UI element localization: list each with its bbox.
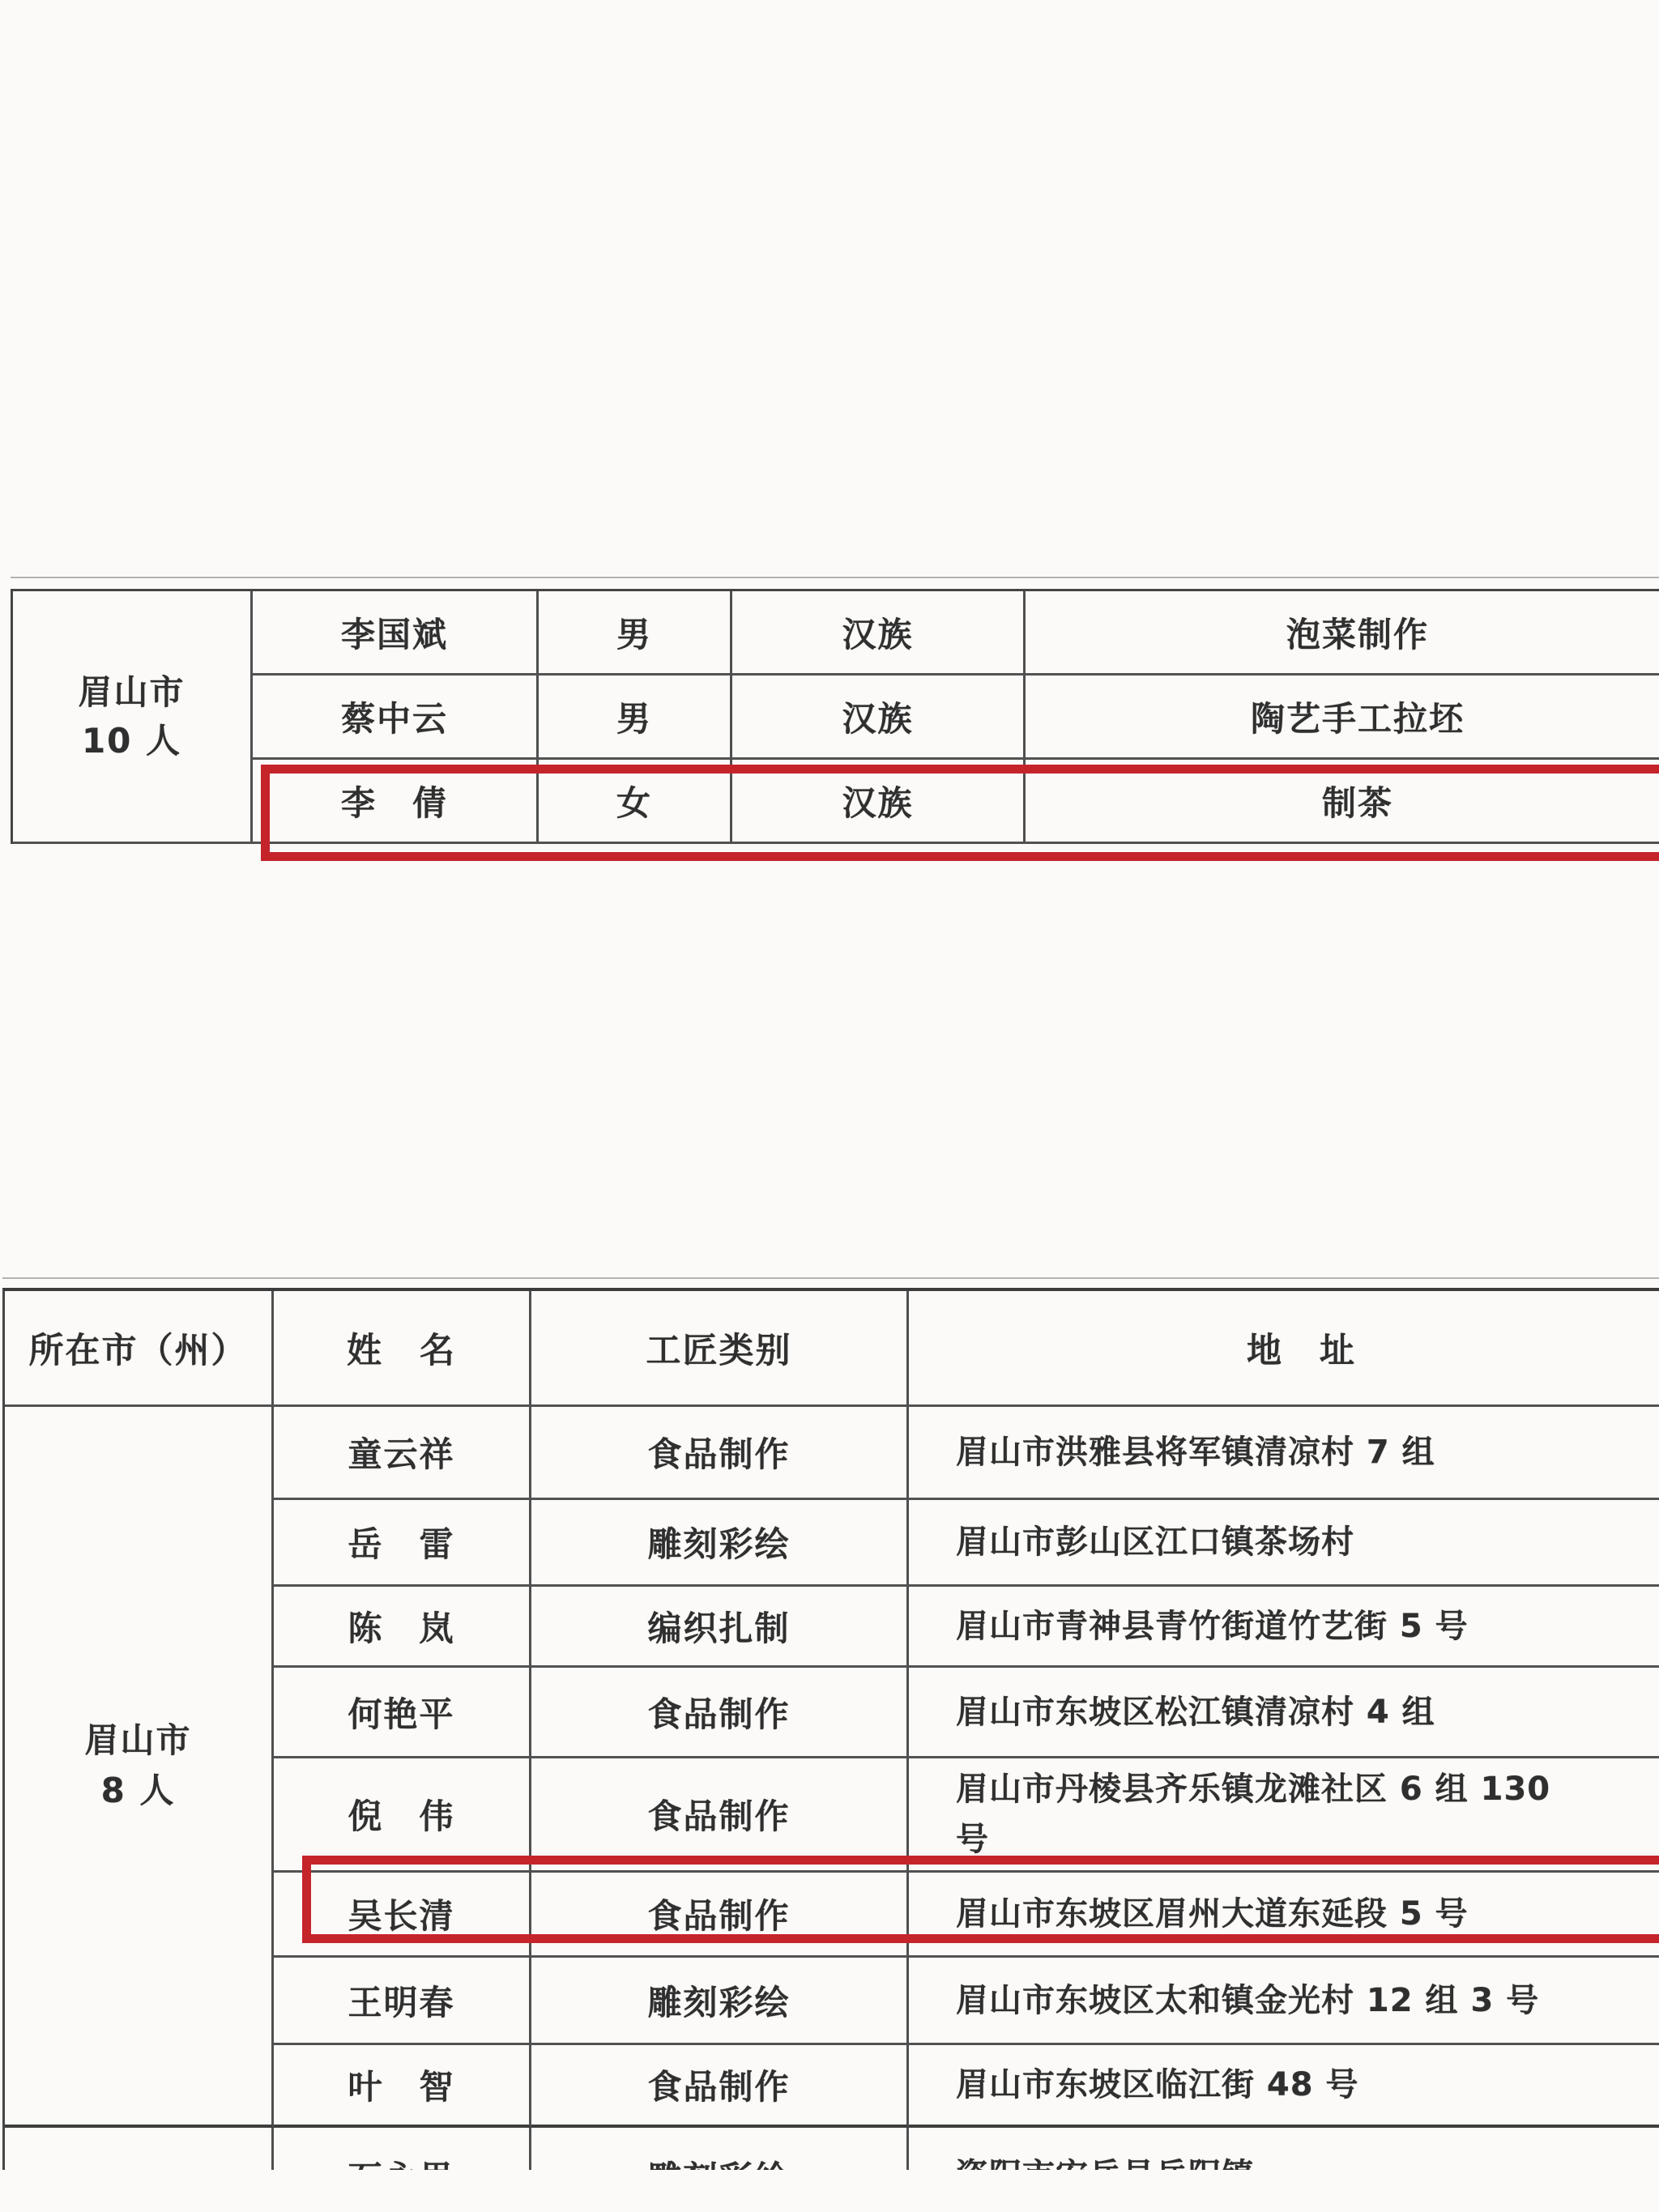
scan-artifact-line: [2, 1277, 1659, 1279]
gender-cell: 男: [539, 676, 732, 760]
name-cell: 叶 智: [274, 2045, 531, 2128]
group-cell-next-partial: [5, 2128, 274, 2170]
group-region: 眉山市: [78, 668, 185, 717]
header-name: 姓 名: [274, 1291, 531, 1407]
highlight-box-liqian-row: [261, 765, 1659, 861]
address-cell: 眉山市青神县青竹街道竹艺街 5 号: [909, 1587, 1659, 1668]
name-cell-partial: 石永思: [274, 2128, 531, 2170]
gender-cell: 男: [539, 591, 732, 676]
category-cell: 雕刻彩绘: [531, 1958, 909, 2045]
category-cell-partial: 雕刻彩绘: [531, 2128, 909, 2170]
address-cell: 眉山市东坡区临江街 48 号: [909, 2045, 1659, 2128]
ethnicity-cell: 汉族: [732, 676, 1026, 760]
category-cell: 雕刻彩绘: [531, 1500, 909, 1587]
header-region: 所在市（州）: [5, 1291, 274, 1407]
scanned-document-page: { "colors": { "highlight_red": "#c5242b"…: [0, 0, 1659, 2212]
name-cell: 蔡中云: [253, 676, 539, 760]
header-category: 工匠类别: [531, 1291, 909, 1407]
highlight-box-wuchangqing-row: [302, 1856, 1659, 1943]
address-cell: 眉山市东坡区松江镇清凉村 4 组: [909, 1668, 1659, 1758]
name-cell: 岳 雷: [274, 1500, 531, 1587]
craft-cell: 陶艺手工拉坯: [1026, 676, 1659, 760]
scan-artifact-line: [11, 577, 1659, 578]
bottom-table: 所在市（州） 姓 名 工匠类别 地 址 眉山市 8 人 童云祥 食品制作 眉山市…: [2, 1288, 1659, 2170]
category-cell: 食品制作: [531, 1668, 909, 1758]
ethnicity-cell: 汉族: [732, 591, 1026, 676]
name-cell: 童云祥: [274, 1407, 531, 1500]
group-cell-meishan-8: 眉山市 8 人: [5, 1407, 274, 2128]
name-cell: 何艳平: [274, 1668, 531, 1758]
craft-cell: 泡菜制作: [1026, 591, 1659, 676]
group-region: 眉山市: [84, 1715, 191, 1766]
address-cell: 眉山市东坡区太和镇金光村 12 组 3 号: [909, 1958, 1659, 2045]
address-cell-partial: 资阳市安岳县岳阳镇: [909, 2128, 1659, 2170]
name-cell: 王明春: [274, 1958, 531, 2045]
group-count: 8 人: [101, 1766, 176, 1816]
group-count: 10 人: [82, 717, 181, 765]
name-cell: 陈 岚: [274, 1587, 531, 1668]
group-cell-meishan-10: 眉山市 10 人: [13, 591, 253, 844]
category-cell: 食品制作: [531, 2045, 909, 2128]
category-cell: 食品制作: [531, 1407, 909, 1500]
address-cell: 眉山市洪雅县将军镇清凉村 7 组: [909, 1407, 1659, 1500]
header-address: 地 址: [909, 1291, 1659, 1407]
address-cell: 眉山市彭山区江口镇茶场村: [909, 1500, 1659, 1587]
name-cell: 李国斌: [253, 591, 539, 676]
category-cell: 编织扎制: [531, 1587, 909, 1668]
